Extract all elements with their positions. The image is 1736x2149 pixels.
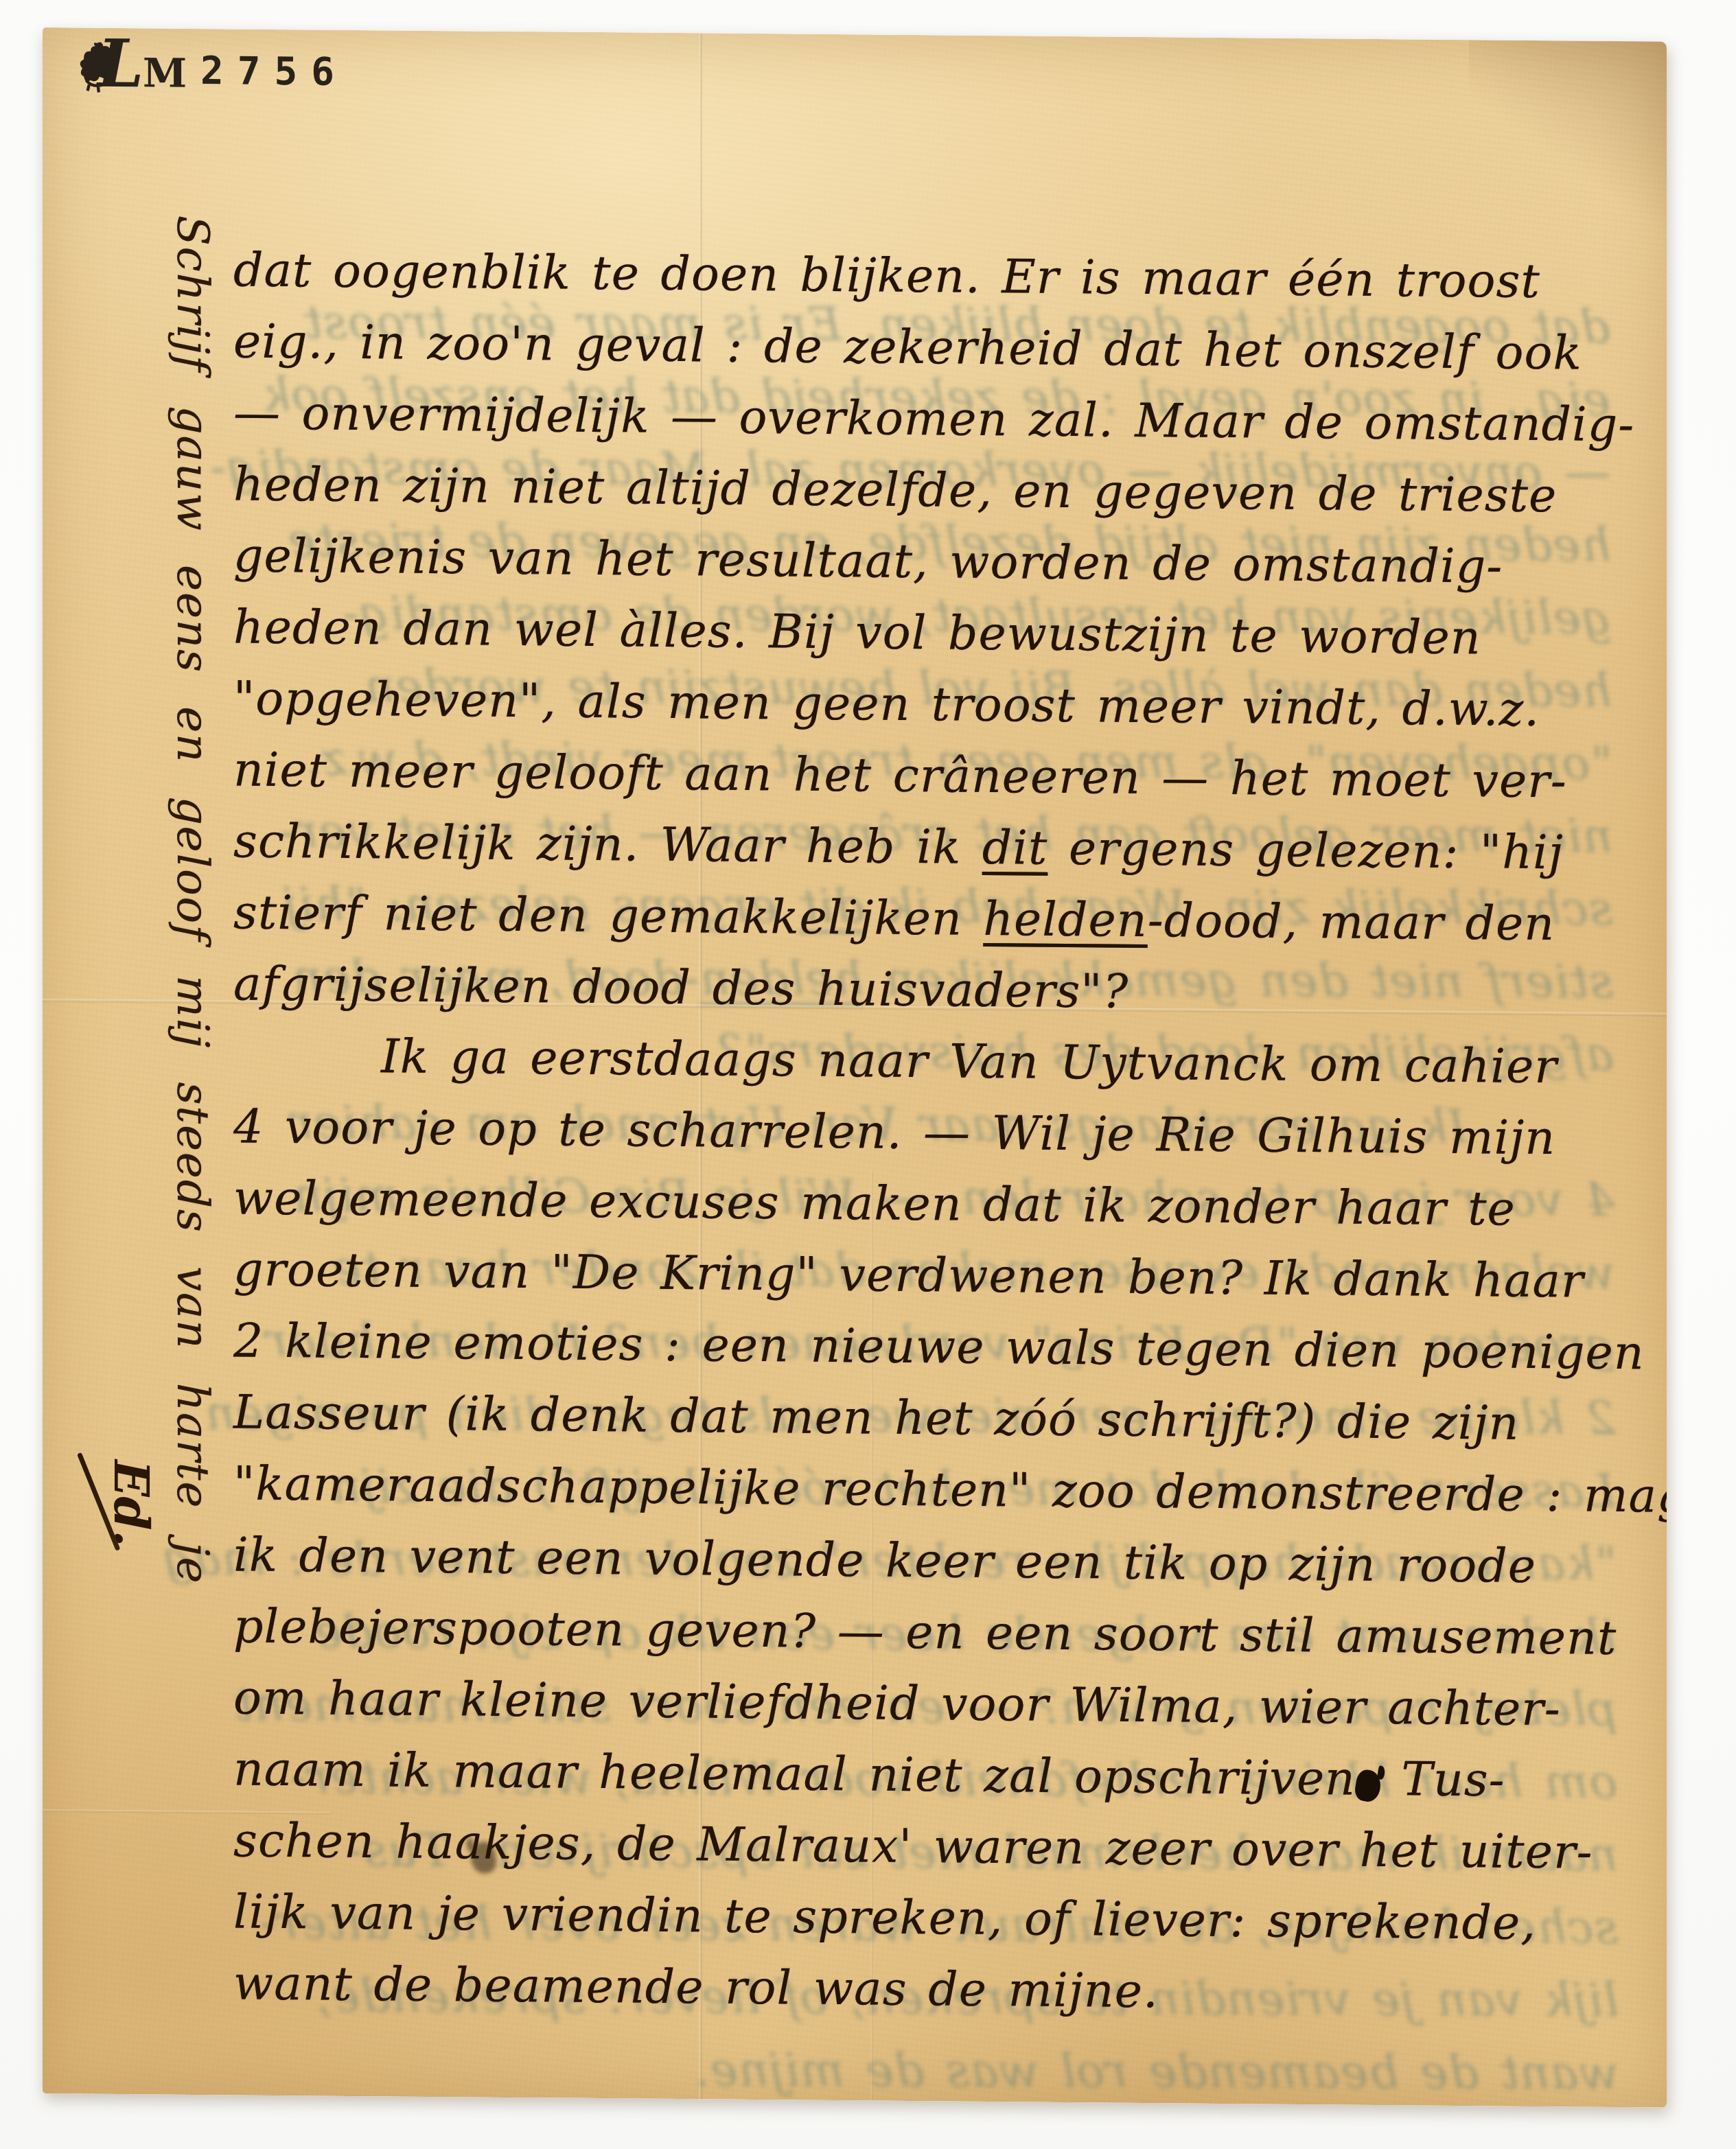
letter-line: Ik ga eerstdaags naar Van Uytvanck om ca… [233, 1020, 1667, 1104]
stamp-number: 2756 [200, 52, 348, 92]
letter-line: plebejerspooten geven? — en een soort st… [233, 1591, 1667, 1675]
letter-line: 2 kleine emoties : een nieuwe wals tegen… [233, 1305, 1667, 1389]
corner-fold-shadow [1469, 33, 1667, 268]
letter-line: gelijkenis van het resultaat, worden de … [233, 520, 1667, 604]
letter-line: Lasseur (ik denk dat men het zóó schrijf… [233, 1377, 1667, 1461]
letter-line: dat oogenblik te doen blijken. Er is maa… [233, 235, 1667, 318]
letter-line: naam ik maar heelemaal niet zal opschrij… [233, 1734, 1667, 1817]
underlined-word: helden [983, 892, 1147, 948]
letter-line: om haar kleine verliefdheid voor Wilma, … [233, 1662, 1667, 1746]
letter-line: schen haakjes, de Malraux' waren zeer ov… [233, 1805, 1667, 1889]
letter-line: want de beamende rol was de mijne. [233, 1948, 1667, 2032]
letter-line: eig., in zoo'n geval : de zekerheid dat … [233, 306, 1667, 390]
letter-line: ik den vent een volgende keer een tik op… [233, 1520, 1667, 1603]
letter-line: groeten van "De Kring" verdwenen ben? Ik… [233, 1234, 1667, 1318]
letter-line: "kameraadschappelijke rechten" zoo demon… [233, 1448, 1667, 1532]
letter-line: stierf niet den gemakkelijken helden-doo… [233, 877, 1667, 961]
archive-stamp: L M 2756 [77, 40, 516, 119]
letter-body: dat oogenblik te doen blijken. Er is maa… [233, 235, 1667, 2032]
ink-blot [1354, 1768, 1383, 1803]
margin-note: Schrijf gauw eens en geloof mij steeds v… [158, 215, 227, 1581]
letter-line: afgrijselijken dood des huisvaders"? [233, 949, 1667, 1032]
letter-line: welgemeende excuses maken dat ik zonder … [233, 1163, 1667, 1246]
letter-line: lijk van je vriendin te spreken, of liev… [233, 1877, 1667, 1960]
margin-signature: Ed. [93, 1460, 170, 1639]
letter-paper: L M 2756 dat oogenblik te doen blijken. … [43, 27, 1667, 2108]
letter-line: 4 voor je op te scharrelen. — Wil je Rie… [233, 1091, 1667, 1175]
letter-line: heden zijn niet altijd dezelfde, en gege… [233, 449, 1667, 533]
letter-line: "opgeheven", als men geen troost meer vi… [233, 663, 1667, 747]
scanned-letter-page: L M 2756 dat oogenblik te doen blijken. … [0, 0, 1736, 2149]
letter-line: heden dan wel àlles. Bij vol bewustzijn … [233, 592, 1667, 675]
stamp-monogram-l: L [97, 31, 144, 97]
letter-line: schrikkelijk zijn. Waar heb ik dit ergen… [233, 806, 1667, 890]
letter-line: — onvermijdelijk — overkomen zal. Maar d… [233, 377, 1667, 461]
letter-line: niet meer gelooft aan het crâneeren — he… [233, 734, 1667, 818]
underlined-word: dit [982, 821, 1048, 876]
stamp-monogram-m: M [143, 53, 188, 93]
